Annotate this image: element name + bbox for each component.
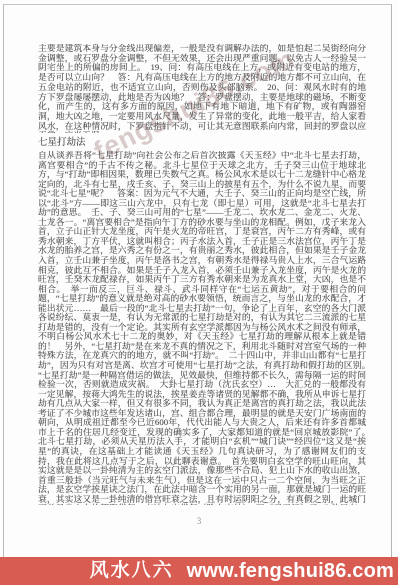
section-heading: 七星打劫法 [38,138,366,148]
scanned-book-page: fengshui86.com 主要是建筑本身与分金线出现偏差，一般是没有调解办法… [0,0,398,585]
page-text-block: 主要是建筑本身与分金线出现偏差，一般是没有调解办法的，如是怕起二吴街经向分金调整… [38,44,366,505]
body-paragraph: 自从谈养吾将“七星打劫”向社会公布之后首次披露《天玉经》中“北斗七星去打劫，离宫… [38,151,366,505]
footer-site-url: www.fengshui86.com [187,557,394,585]
intro-paragraph: 主要是建筑本身与分金线出现偏差，一般是没有调解办法的，如是怕起二吴街经向分金调整… [38,44,366,133]
page-number: 3 [0,516,398,526]
footer-site-name: 风水八六 [90,557,174,585]
footer-brand-bar: 风水八六 www.fengshui86.com [0,557,398,585]
